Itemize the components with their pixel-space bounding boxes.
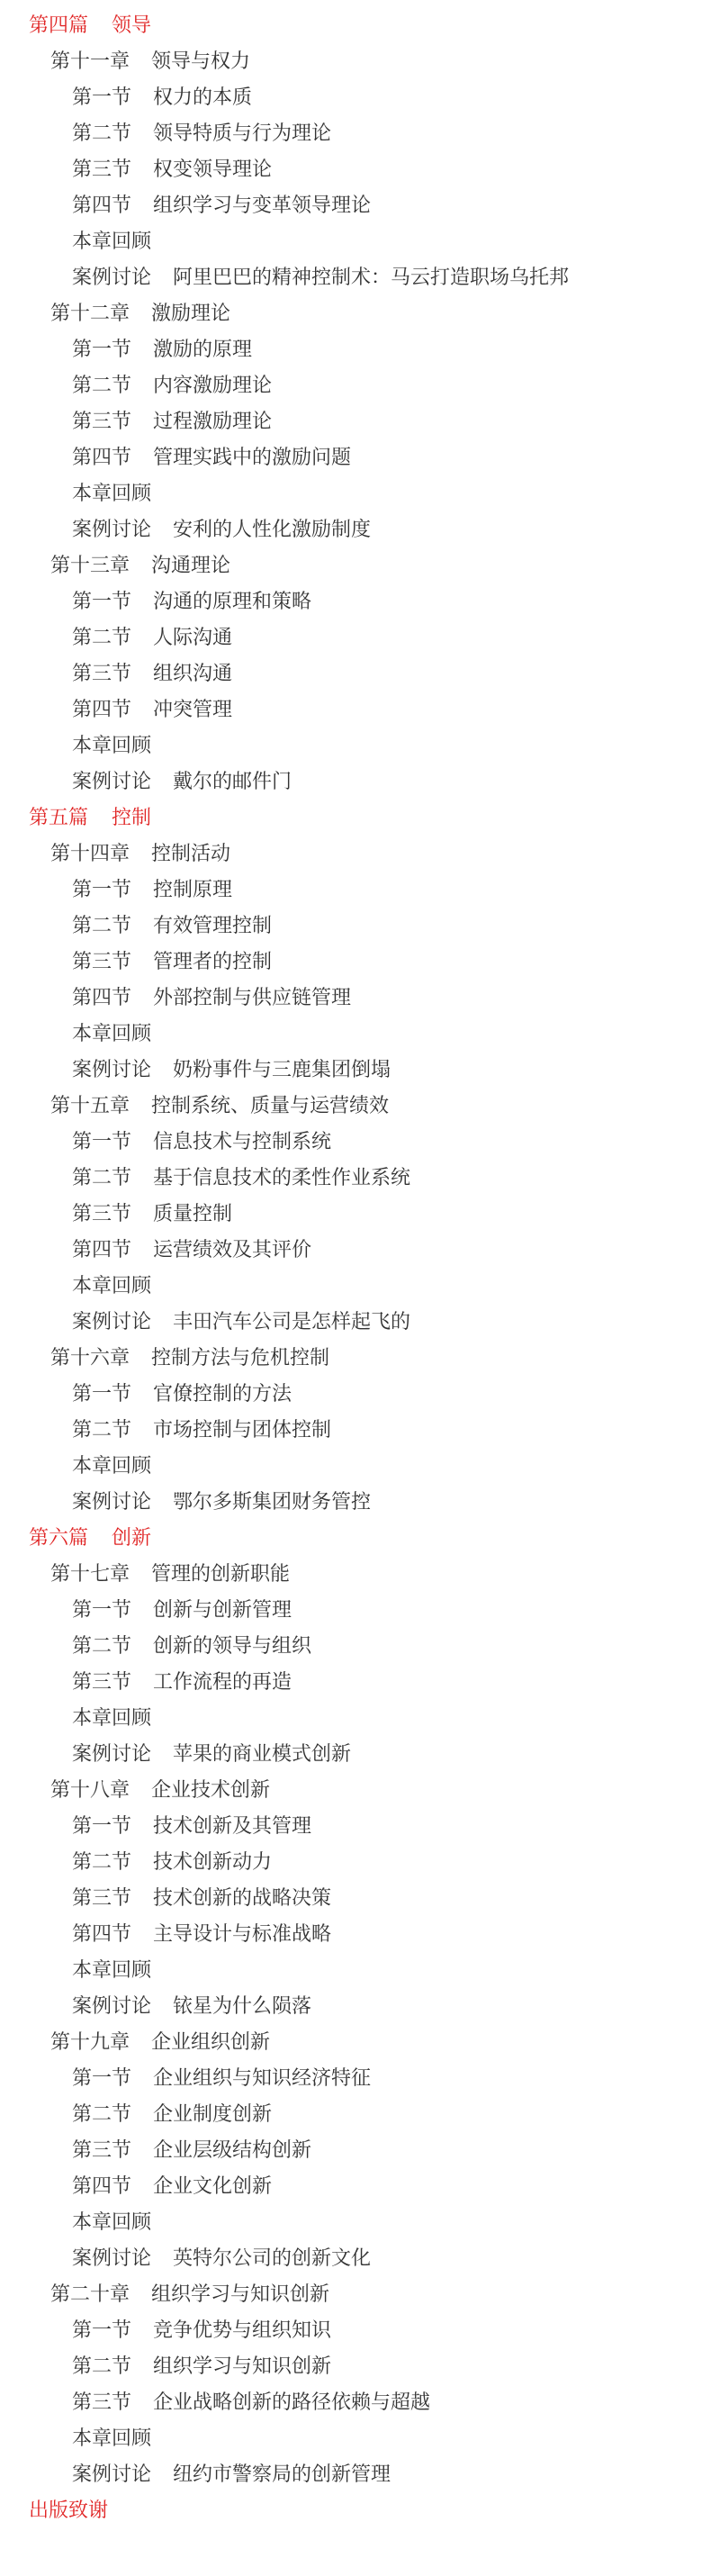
table-of-contents: 第四篇领导第十一章领导与权力第一节权力的本质第二节领导特质与行为理论第三节权变领… — [0, 0, 711, 2529]
toc-entry-title: 有效管理控制 — [153, 908, 272, 945]
toc-entry-title: 控制方法与危机控制 — [151, 1341, 329, 1377]
toc-entry-label: 第十七章 — [50, 1557, 130, 1593]
toc-section-link[interactable]: 第三节权变领导理论 — [0, 152, 711, 188]
toc-entry-title: 工作流程的再造 — [153, 1665, 292, 1701]
toc-section-link[interactable]: 本章回顾 — [0, 476, 711, 512]
toc-entry-label: 第二节 — [72, 1845, 131, 1881]
toc-entry-label: 第三节 — [72, 1881, 131, 1917]
toc-entry-title: 戴尔的邮件门 — [173, 764, 292, 800]
toc-entry-title: 企业组织创新 — [151, 2025, 270, 2061]
toc-entry-label: 第四节 — [72, 692, 131, 728]
toc-entry-label: 第二节 — [72, 1161, 131, 1197]
toc-entry-title: 技术创新动力 — [153, 1845, 272, 1881]
toc-entry-title: 企业层级结构创新 — [153, 2133, 311, 2169]
toc-part-link[interactable]: 第五篇控制 — [0, 800, 711, 836]
toc-entry-title: 企业文化创新 — [153, 2169, 272, 2205]
toc-section-link[interactable]: 第一节创新与创新管理 — [0, 1593, 711, 1629]
toc-entry-label: 第三节 — [72, 1197, 131, 1233]
toc-entry-title: 创新 — [112, 1521, 151, 1557]
toc-entry-title: 企业组织与知识经济特征 — [153, 2061, 371, 2097]
toc-entry-label: 第四节 — [72, 1917, 131, 1953]
toc-entry-label: 第一节 — [72, 2061, 131, 2097]
toc-entry-label: 案例讨论 — [72, 1053, 151, 1089]
toc-entry-title: 企业制度创新 — [153, 2097, 272, 2133]
toc-entry-title: 管理实践中的激励问题 — [153, 440, 351, 476]
toc-chapter-link[interactable]: 第十七章管理的创新职能 — [0, 1557, 711, 1593]
toc-entry-label: 第二节 — [72, 368, 131, 404]
toc-entry-label: 第三节 — [72, 152, 131, 188]
toc-entry-label: 案例讨论 — [72, 1305, 151, 1341]
toc-section-link[interactable]: 第三节企业层级结构创新 — [0, 2133, 711, 2169]
toc-entry-title: 技术创新的战略决策 — [153, 1881, 331, 1917]
toc-entry-title: 苹果的商业模式创新 — [173, 1737, 351, 1773]
toc-entry-label: 第十三章 — [50, 548, 130, 584]
toc-entry-label: 本章回顾 — [72, 2205, 151, 2241]
toc-entry-title: 技术创新及其管理 — [153, 1809, 311, 1845]
toc-section-link[interactable]: 案例讨论英特尔公司的创新文化 — [0, 2241, 711, 2277]
toc-entry-title: 丰田汽车公司是怎样起飞的 — [173, 1305, 410, 1341]
toc-entry-title: 管理的创新职能 — [151, 1557, 290, 1593]
toc-entry-title: 运营绩效及其评价 — [153, 1233, 311, 1269]
toc-entry-title: 控制原理 — [153, 872, 232, 908]
toc-chapter-link[interactable]: 第十九章企业组织创新 — [0, 2025, 711, 2061]
toc-entry-label: 案例讨论 — [72, 1989, 151, 2025]
toc-entry-label: 第一节 — [72, 1377, 131, 1413]
toc-entry-label: 第十二章 — [50, 296, 130, 332]
toc-entry-title: 创新与创新管理 — [153, 1593, 292, 1629]
toc-chapter-link[interactable]: 第十三章沟通理论 — [0, 548, 711, 584]
toc-entry-label: 第三节 — [72, 945, 131, 981]
toc-entry-title: 企业技术创新 — [151, 1773, 270, 1809]
toc-entry-title: 信息技术与控制系统 — [153, 1125, 331, 1161]
toc-section-link[interactable]: 本章回顾 — [0, 1449, 711, 1485]
toc-section-link[interactable]: 第一节竞争优势与组织知识 — [0, 2313, 711, 2349]
toc-chapter-link[interactable]: 第十八章企业技术创新 — [0, 1773, 711, 1809]
toc-chapter-link[interactable]: 第十五章控制系统、质量与运营绩效 — [0, 1089, 711, 1125]
toc-entry-title: 质量控制 — [153, 1197, 232, 1233]
toc-entry-label: 本章回顾 — [72, 1953, 151, 1989]
toc-entry-label: 案例讨论 — [72, 2457, 151, 2493]
toc-entry-label: 第二节 — [72, 2349, 131, 2385]
toc-section-link[interactable]: 案例讨论铱星为什么陨落 — [0, 1989, 711, 2025]
toc-part-link[interactable]: 第六篇创新 — [0, 1521, 711, 1557]
toc-section-link[interactable]: 第二节人际沟通 — [0, 620, 711, 656]
toc-entry-label: 第一节 — [72, 80, 131, 116]
toc-entry-title: 纽约市警察局的创新管理 — [173, 2457, 391, 2493]
toc-entry-label: 本章回顾 — [72, 1269, 151, 1305]
toc-section-link[interactable]: 第四节主导设计与标准战略 — [0, 1917, 711, 1953]
toc-section-link[interactable]: 本章回顾 — [0, 224, 711, 260]
toc-entry-title: 管理者的控制 — [153, 945, 272, 981]
toc-section-link[interactable]: 第一节沟通的原理和策略 — [0, 584, 711, 620]
toc-entry-label: 第三节 — [72, 1665, 131, 1701]
toc-entry-title: 基于信息技术的柔性作业系统 — [153, 1161, 410, 1197]
toc-section-link[interactable]: 第二节内容激励理论 — [0, 368, 711, 404]
toc-section-link[interactable]: 第三节工作流程的再造 — [0, 1665, 711, 1701]
toc-entry-title: 人际沟通 — [153, 620, 232, 656]
toc-entry-label: 第四节 — [72, 440, 131, 476]
toc-entry-label: 本章回顾 — [72, 224, 151, 260]
toc-section-link[interactable]: 第一节信息技术与控制系统 — [0, 1125, 711, 1161]
toc-section-link[interactable]: 第二节组织学习与知识创新 — [0, 2349, 711, 2385]
toc-entry-title: 控制 — [112, 800, 151, 836]
toc-section-link[interactable]: 第一节技术创新及其管理 — [0, 1809, 711, 1845]
toc-entry-label: 第一节 — [72, 872, 131, 908]
toc-entry-label: 本章回顾 — [72, 1449, 151, 1485]
toc-section-link[interactable]: 案例讨论苹果的商业模式创新 — [0, 1737, 711, 1773]
toc-section-link[interactable]: 第一节企业组织与知识经济特征 — [0, 2061, 711, 2097]
toc-entry-title: 领导与权力 — [151, 44, 250, 80]
toc-entry-label: 第三节 — [72, 404, 131, 440]
toc-section-link[interactable]: 第二节基于信息技术的柔性作业系统 — [0, 1161, 711, 1197]
toc-entry-title: 内容激励理论 — [153, 368, 272, 404]
toc-section-link[interactable]: 第三节质量控制 — [0, 1197, 711, 1233]
toc-entry-title: 组织学习与变革领导理论 — [153, 188, 371, 224]
toc-entry-label: 第三节 — [72, 2133, 131, 2169]
toc-entry-label: 第十九章 — [50, 2025, 130, 2061]
toc-entry-title: 官僚控制的方法 — [153, 1377, 292, 1413]
toc-section-link[interactable]: 案例讨论纽约市警察局的创新管理 — [0, 2457, 711, 2493]
toc-entry-label: 第十五章 — [50, 1089, 130, 1125]
toc-section-link[interactable]: 第四节冲突管理 — [0, 692, 711, 728]
toc-section-link[interactable]: 本章回顾 — [0, 2421, 711, 2457]
toc-section-link[interactable]: 第二节企业制度创新 — [0, 2097, 711, 2133]
toc-entry-label: 第五篇 — [29, 800, 88, 836]
toc-entry-label: 第二节 — [72, 2097, 131, 2133]
toc-entry-label: 第十六章 — [50, 1341, 130, 1377]
toc-section-link[interactable]: 第一节激励的原理 — [0, 332, 711, 368]
toc-entry-label: 第二节 — [72, 620, 131, 656]
toc-section-link[interactable]: 第四节组织学习与变革领导理论 — [0, 188, 711, 224]
toc-entry-label: 第四节 — [72, 981, 131, 1017]
toc-entry-title: 激励理论 — [151, 296, 230, 332]
toc-entry-label: 第三节 — [72, 656, 131, 692]
toc-section-link[interactable]: 第三节过程激励理论 — [0, 404, 711, 440]
toc-entry-label: 第十四章 — [50, 836, 130, 872]
toc-entry-title: 过程激励理论 — [153, 404, 272, 440]
toc-entry-title: 鄂尔多斯集团财务管控 — [173, 1485, 371, 1521]
toc-entry-label: 本章回顾 — [72, 2421, 151, 2457]
toc-section-link[interactable]: 案例讨论戴尔的邮件门 — [0, 764, 711, 800]
toc-entry-label: 第四节 — [72, 1233, 131, 1269]
toc-entry-title: 权力的本质 — [153, 80, 252, 116]
toc-entry-label: 第二节 — [72, 116, 131, 152]
toc-section-link[interactable]: 本章回顾 — [0, 1701, 711, 1737]
toc-entry-title: 外部控制与供应链管理 — [153, 981, 351, 1017]
toc-entry-label: 本章回顾 — [72, 476, 151, 512]
toc-entry-title: 铱星为什么陨落 — [173, 1989, 311, 2025]
toc-entry-title: 市场控制与团体控制 — [153, 1413, 331, 1449]
toc-section-link[interactable]: 第四节企业文化创新 — [0, 2169, 711, 2205]
toc-entry-label: 第十一章 — [50, 44, 130, 80]
toc-entry-title: 英特尔公司的创新文化 — [173, 2241, 371, 2277]
toc-entry-label: 案例讨论 — [72, 2241, 151, 2277]
toc-entry-title: 竞争优势与组织知识 — [153, 2313, 331, 2349]
toc-entry-label: 第一节 — [72, 1125, 131, 1161]
toc-entry-title: 沟通理论 — [151, 548, 230, 584]
toc-entry-label: 第二节 — [72, 1413, 131, 1449]
toc-chapter-link[interactable]: 第十一章领导与权力 — [0, 44, 711, 80]
toc-section-link[interactable]: 第三节技术创新的战略决策 — [0, 1881, 711, 1917]
toc-entry-title: 阿里巴巴的精神控制术：马云打造职场乌托邦 — [173, 260, 569, 296]
toc-chapter-link[interactable]: 第十二章激励理论 — [0, 296, 711, 332]
toc-entry-title: 冲突管理 — [153, 692, 232, 728]
toc-entry-title: 领导特质与行为理论 — [153, 116, 331, 152]
toc-entry-title: 组织学习与知识创新 — [153, 2349, 331, 2385]
toc-entry-label: 第二十章 — [50, 2277, 130, 2313]
toc-chapter-link[interactable]: 第二十章组织学习与知识创新 — [0, 2277, 711, 2313]
toc-section-link[interactable]: 第四节管理实践中的激励问题 — [0, 440, 711, 476]
toc-entry-title: 组织学习与知识创新 — [151, 2277, 329, 2313]
toc-entry-label: 第一节 — [72, 584, 131, 620]
toc-entry-label: 案例讨论 — [72, 764, 151, 800]
toc-section-link[interactable]: 第一节权力的本质 — [0, 80, 711, 116]
toc-section-link[interactable]: 本章回顾 — [0, 1017, 711, 1053]
toc-entry-label: 案例讨论 — [72, 512, 151, 548]
toc-section-link[interactable]: 案例讨论鄂尔多斯集团财务管控 — [0, 1485, 711, 1521]
toc-entry-label: 第三节 — [72, 2385, 131, 2421]
toc-entry-label: 第四节 — [72, 188, 131, 224]
toc-entry-label: 第六篇 — [29, 1521, 88, 1557]
toc-section-link[interactable]: 第三节管理者的控制 — [0, 945, 711, 981]
toc-chapter-link[interactable]: 第十六章控制方法与危机控制 — [0, 1341, 711, 1377]
toc-section-link[interactable]: 第四节外部控制与供应链管理 — [0, 981, 711, 1017]
toc-entry-label: 第四节 — [72, 2169, 131, 2205]
toc-entry-label: 第二节 — [72, 1629, 131, 1665]
toc-section-link[interactable]: 第二节技术创新动力 — [0, 1845, 711, 1881]
toc-entry-label: 案例讨论 — [72, 1485, 151, 1521]
toc-entry-title: 权变领导理论 — [153, 152, 272, 188]
toc-entry-title: 领导 — [112, 8, 151, 44]
toc-entry-label: 本章回顾 — [72, 1017, 151, 1053]
toc-section-link[interactable]: 案例讨论安利的人性化激励制度 — [0, 512, 711, 548]
toc-section-link[interactable]: 第一节官僚控制的方法 — [0, 1377, 711, 1413]
toc-section-link[interactable]: 第三节企业战略创新的路径依赖与超越 — [0, 2385, 711, 2421]
toc-entry-label: 第一节 — [72, 332, 131, 368]
toc-entry-label: 第一节 — [72, 2313, 131, 2349]
toc-section-link[interactable]: 案例讨论奶粉事件与三鹿集团倒塌 — [0, 1053, 711, 1089]
toc-entry-title: 沟通的原理和策略 — [153, 584, 311, 620]
toc-section-link[interactable]: 本章回顾 — [0, 1953, 711, 1989]
toc-section-link[interactable]: 第二节创新的领导与组织 — [0, 1629, 711, 1665]
toc-entry-label: 第一节 — [72, 1593, 131, 1629]
toc-entry-label: 第二节 — [72, 908, 131, 945]
toc-section-link[interactable]: 第二节市场控制与团体控制 — [0, 1413, 711, 1449]
toc-entry-label: 案例讨论 — [72, 1737, 151, 1773]
toc-section-link[interactable]: 本章回顾 — [0, 728, 711, 764]
toc-section-link[interactable]: 第二节领导特质与行为理论 — [0, 116, 711, 152]
toc-part-link[interactable]: 出版致谢 — [0, 2493, 711, 2529]
toc-entry-title: 企业战略创新的路径依赖与超越 — [153, 2385, 430, 2421]
toc-entry-label: 第十八章 — [50, 1773, 130, 1809]
toc-section-link[interactable]: 本章回顾 — [0, 1269, 711, 1305]
toc-section-link[interactable]: 本章回顾 — [0, 2205, 711, 2241]
toc-entry-label: 第一节 — [72, 1809, 131, 1845]
toc-part-link[interactable]: 第四篇领导 — [0, 8, 711, 44]
toc-entry-label: 本章回顾 — [72, 728, 151, 764]
toc-entry-label: 第四篇 — [29, 8, 88, 44]
toc-section-link[interactable]: 案例讨论阿里巴巴的精神控制术：马云打造职场乌托邦 — [0, 260, 711, 296]
toc-entry-label: 出版致谢 — [29, 2493, 108, 2529]
toc-entry-title: 创新的领导与组织 — [153, 1629, 311, 1665]
toc-entry-title: 控制系统、质量与运营绩效 — [151, 1089, 389, 1125]
toc-entry-title: 奶粉事件与三鹿集团倒塌 — [173, 1053, 391, 1089]
toc-section-link[interactable]: 第一节控制原理 — [0, 872, 711, 908]
toc-entry-label: 案例讨论 — [72, 260, 151, 296]
toc-entry-title: 控制活动 — [151, 836, 230, 872]
toc-entry-title: 组织沟通 — [153, 656, 232, 692]
toc-section-link[interactable]: 第三节组织沟通 — [0, 656, 711, 692]
toc-entry-title: 激励的原理 — [153, 332, 252, 368]
toc-chapter-link[interactable]: 第十四章控制活动 — [0, 836, 711, 872]
toc-section-link[interactable]: 第二节有效管理控制 — [0, 908, 711, 945]
toc-entry-title: 安利的人性化激励制度 — [173, 512, 371, 548]
toc-entry-label: 本章回顾 — [72, 1701, 151, 1737]
toc-entry-title: 主导设计与标准战略 — [153, 1917, 331, 1953]
toc-section-link[interactable]: 案例讨论丰田汽车公司是怎样起飞的 — [0, 1305, 711, 1341]
toc-section-link[interactable]: 第四节运营绩效及其评价 — [0, 1233, 711, 1269]
